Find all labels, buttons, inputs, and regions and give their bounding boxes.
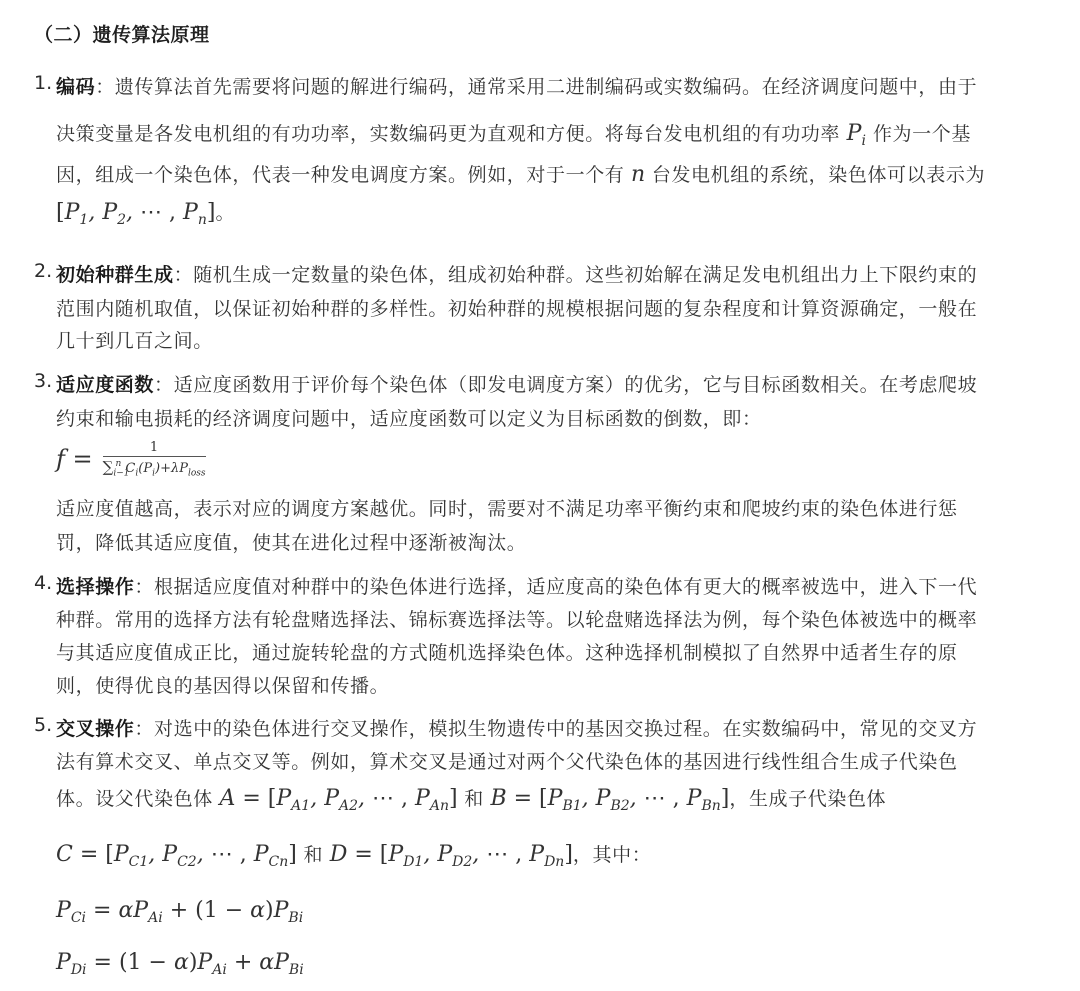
equation-PCi: PCi = αPAi + (1 − α)PBi xyxy=(56,898,303,923)
item-2-text: ：随机生成一定数量的染色体，组成初始种群。这些初始解在满足发电机组出力上下限约束… xyxy=(174,264,978,286)
item-5-line-4: C = [PC1, PC2, ⋯ , PCn] 和 D = [PD1, PD2,… xyxy=(56,840,651,867)
item-4-text: ：根据适应度值对种群中的染色体进行选择，适应度高的染色体有更大的概率被选中，进入… xyxy=(134,576,977,598)
item-number-2: 2. xyxy=(34,260,52,282)
item-title-population: 初始种群生成 xyxy=(56,264,174,286)
item-5-text: ，其中： xyxy=(573,844,651,866)
math-chromosome: [P1, P2, ⋯ , Pn] xyxy=(56,200,215,225)
item-4-line-2: 种群。常用的选择方法有轮盘赌选择法、锦标赛选择法等。以轮盘赌选择法为例，每个染色… xyxy=(56,605,977,632)
item-1-text: 作为一个基 xyxy=(873,123,971,145)
item-2-line-2: 范围内随机取值，以保证初始种群的多样性。初始种群的规模根据问题的复杂程度和计算资… xyxy=(56,294,977,321)
equation-PDi: PDi = (1 − α)PAi + αPBi xyxy=(56,950,304,975)
section-heading: （二）遗传算法原理 xyxy=(34,20,210,47)
item-1-text: 决策变量是各发电机组的有功功率，实数编码更为直观和方便。将每台发电机组的有功功率 xyxy=(56,123,840,145)
math-child-D: D = [PD1, PD2, ⋯ , PDn] xyxy=(330,842,573,867)
item-5-text: ，生成子代染色体 xyxy=(729,788,886,810)
item-5-text: 和 xyxy=(303,844,323,866)
item-number-3: 3. xyxy=(34,370,52,392)
item-number-4: 4. xyxy=(34,572,52,594)
item-5-text: 体。设父代染色体 xyxy=(56,788,213,810)
item-3-text: ：适应度函数用于评价每个染色体（即发电调度方案）的优劣，它与目标函数相关。在考虑… xyxy=(154,374,977,396)
item-5-line-1: 交叉操作：对选中的染色体进行交叉操作，模拟生物遗传中的基因交换过程。在实数编码中… xyxy=(56,714,977,741)
item-1-line-1: 编码：遗传算法首先需要将问题的解进行编码，通常采用二进制编码或实数编码。在经济调… xyxy=(56,72,977,99)
item-1-line-2: 决策变量是各发电机组的有功功率，实数编码更为直观和方便。将每台发电机组的有功功率… xyxy=(56,119,971,146)
item-1-text: 。 xyxy=(215,202,235,224)
math-n: n xyxy=(631,162,645,187)
item-title-fitness: 适应度函数 xyxy=(56,374,154,396)
item-5-text: 和 xyxy=(464,788,484,810)
item-1-line-4: [P1, P2, ⋯ , Pn]。 xyxy=(56,198,235,225)
item-1-text: 台发电机组的系统，染色体可以表示为 xyxy=(652,164,985,186)
item-3-line-4: 罚，降低其适应度值，使其在进化过程中逐渐被淘汰。 xyxy=(56,528,526,555)
item-2-line-3: 几十到几百之间。 xyxy=(56,326,213,353)
item-4-line-1: 选择操作：根据适应度值对种群中的染色体进行选择，适应度高的染色体有更大的概率被选… xyxy=(56,572,977,599)
item-1-line-3: 因，组成一个染色体，代表一种发电调度方案。例如，对于一个有 n 台发电机组的系统… xyxy=(56,160,985,187)
item-number-5: 5. xyxy=(34,714,52,736)
math-Pi: Pi xyxy=(847,121,873,146)
math-parent-B: B = [PB1, PB2, ⋯ , PBn] xyxy=(490,786,729,811)
math-PDi: PDi = (1 − α)PAi + αPBi xyxy=(56,950,304,975)
fitness-formula: f = 1 ∑i−1n Ci(Pi)+λPloss xyxy=(56,440,206,479)
formula-denominator: ∑i−1n Ci(Pi)+λPloss xyxy=(103,457,206,479)
item-title-encoding: 编码 xyxy=(56,76,95,98)
math-PCi: PCi = αPAi + (1 − α)PBi xyxy=(56,898,303,923)
formula-numerator: 1 xyxy=(103,440,206,457)
item-3-line-1: 适应度函数：适应度函数用于评价每个染色体（即发电调度方案）的优劣，它与目标函数相… xyxy=(56,370,977,397)
item-1-text: 因，组成一个染色体，代表一种发电调度方案。例如，对于一个有 xyxy=(56,164,624,186)
item-5-text: ：对选中的染色体进行交叉操作，模拟生物遗传中的基因交换过程。在实数编码中，常见的… xyxy=(134,718,977,740)
item-title-selection: 选择操作 xyxy=(56,576,134,598)
item-number-1: 1. xyxy=(34,72,52,94)
math-child-C: C = [PC1, PC2, ⋯ , PCn] xyxy=(56,842,297,867)
math-parent-A: A = [PA1, PA2, ⋯ , PAn] xyxy=(219,786,457,811)
formula-fraction: 1 ∑i−1n Ci(Pi)+λPloss xyxy=(103,440,206,479)
item-5-line-3: 体。设父代染色体 A = [PA1, PA2, ⋯ , PAn] 和 B = [… xyxy=(56,784,886,811)
document-page: （二）遗传算法原理 1. 编码：遗传算法首先需要将问题的解进行编码，通常采用二进… xyxy=(0,0,1080,991)
item-3-line-2: 约束和输电损耗的经济调度问题中，适应度函数可以定义为目标函数的倒数，即： xyxy=(56,404,762,431)
item-1-text: ：遗传算法首先需要将问题的解进行编码，通常采用二进制编码或实数编码。在经济调度问… xyxy=(95,76,977,98)
item-2-line-1: 初始种群生成：随机生成一定数量的染色体，组成初始种群。这些初始解在满足发电机组出… xyxy=(56,260,977,287)
item-title-crossover: 交叉操作 xyxy=(56,718,134,740)
item-3-line-3: 适应度值越高，表示对应的调度方案越优。同时，需要对不满足功率平衡约束和爬坡约束的… xyxy=(56,494,958,521)
formula-lhs: f = xyxy=(56,445,93,473)
item-4-line-3: 与其适应度值成正比，通过旋转轮盘的方式随机选择染色体。这种选择机制模拟了自然界中… xyxy=(56,638,958,665)
item-5-line-2: 法有算术交叉、单点交叉等。例如，算术交叉是通过对两个父代染色体的基因进行线性组合… xyxy=(56,747,958,774)
item-4-line-4: 则，使得优良的基因得以保留和传播。 xyxy=(56,671,389,698)
